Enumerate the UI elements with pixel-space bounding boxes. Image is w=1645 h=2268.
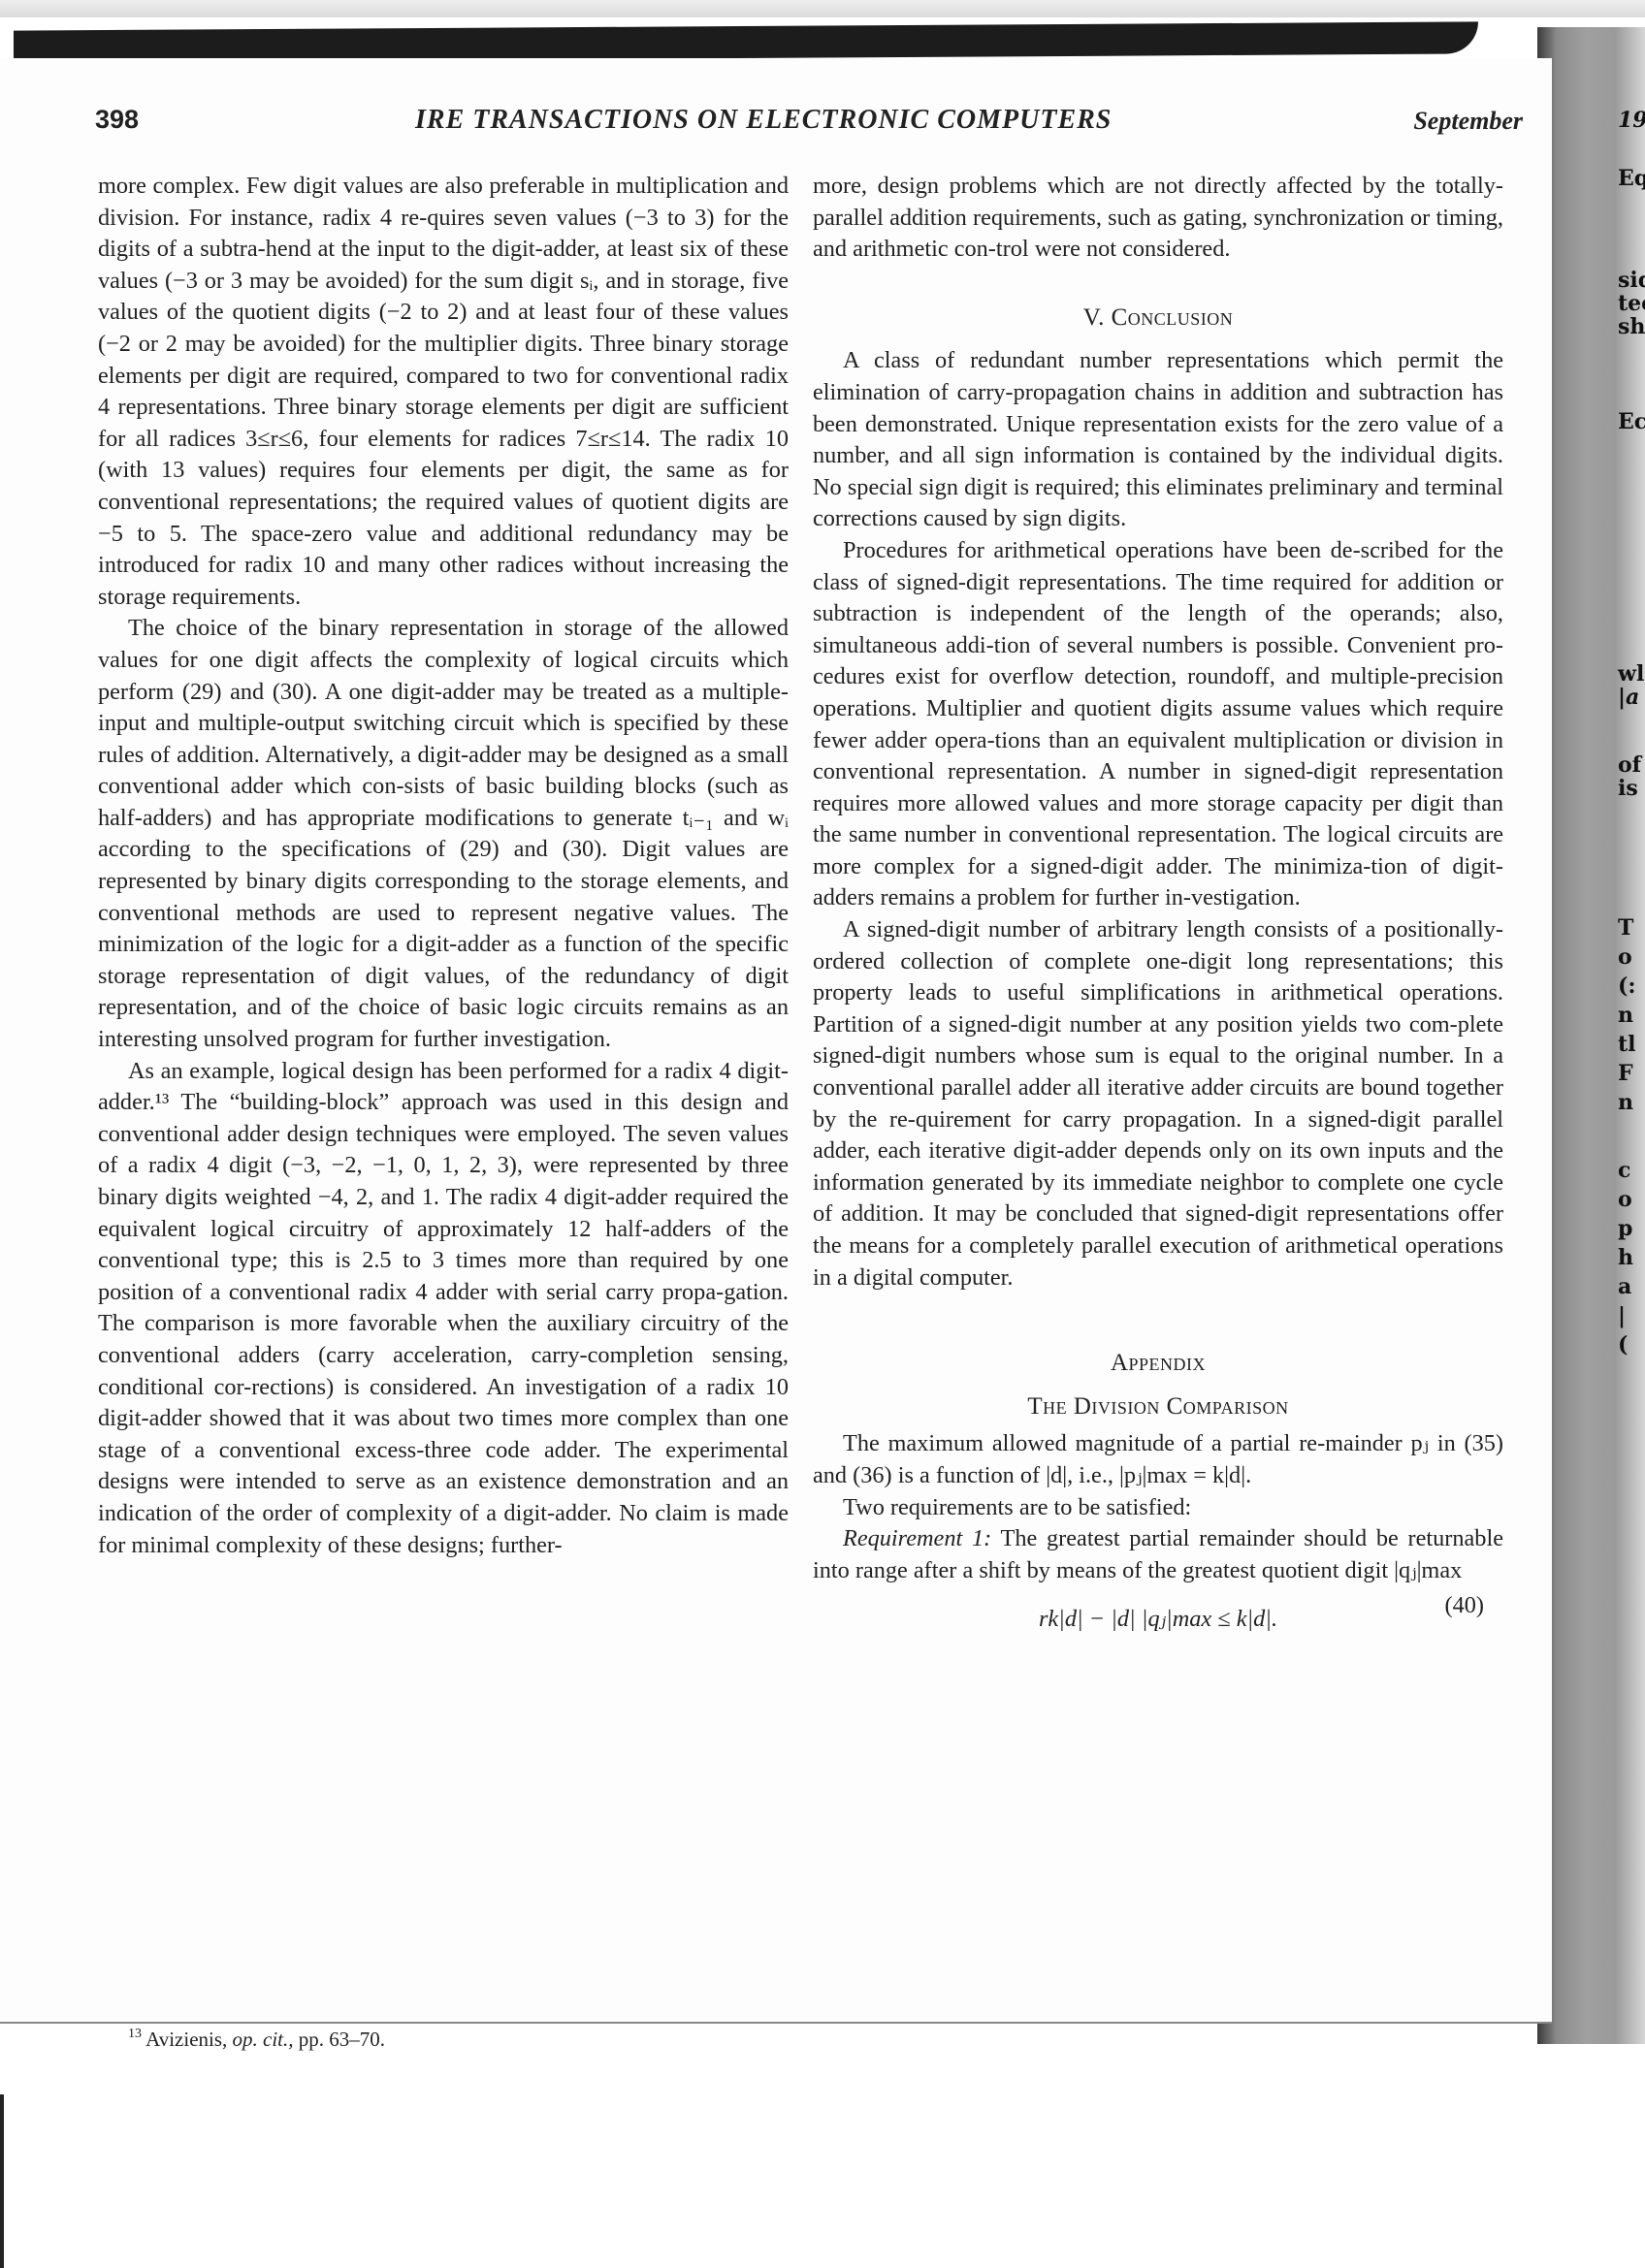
paragraph: The maximum allowed magnitude of a parti…	[813, 1428, 1503, 1491]
edge-fragment: h	[1618, 1246, 1633, 1269]
edge-fragment: tl	[1618, 1033, 1636, 1056]
edge-fragment: Eq	[1618, 167, 1645, 190]
edge-fragment: |	[1618, 1304, 1626, 1327]
equation-body: rk|d| − |d| |qⱼ|max ≤ k|d|.	[1039, 1606, 1277, 1632]
paragraph: Requirement 1: The greatest partial rema…	[813, 1523, 1503, 1586]
footnote: 13 Avizienis, op. cit., pp. 63–70.	[128, 2027, 385, 2052]
edge-fragment: F	[1618, 1062, 1633, 1085]
section-heading-conclusion: V. Conclusion	[813, 303, 1503, 335]
paragraph: The choice of the binary representation …	[98, 613, 789, 1055]
paragraph: As an example, logical design has been p…	[98, 1056, 789, 1562]
edge-fragment: |a	[1618, 686, 1639, 709]
equation-40: rk|d| − |d| |qⱼ|max ≤ k|d|. (40)	[813, 1604, 1503, 1636]
scan-left-rule	[0, 2094, 4, 2268]
edge-fragment: o	[1618, 1188, 1632, 1211]
page-number: 398	[95, 105, 139, 135]
edge-fragment: n	[1618, 1004, 1633, 1027]
footnote-pages: pp. 63–70.	[299, 2028, 385, 2051]
right-column: more, design problems which are not dire…	[813, 171, 1503, 1636]
running-header: 398 IRE TRANSACTIONS ON ELECTRONIC COMPU…	[95, 105, 1523, 144]
section-heading-appendix: Appendix	[813, 1348, 1503, 1380]
edge-fragment: T	[1618, 916, 1633, 940]
edge-fragment: of	[1618, 753, 1641, 777]
scan-binding-shadow	[14, 21, 1478, 62]
equation-number: (40)	[1445, 1590, 1484, 1622]
footnote-ref: op. cit.,	[233, 2028, 294, 2051]
paragraph: Two requirements are to be satisfied:	[813, 1492, 1503, 1524]
journal-title: IRE TRANSACTIONS ON ELECTRONIC COMPUTERS	[415, 105, 1112, 136]
paragraph: more complex. Few digit values are also …	[98, 171, 789, 613]
paragraph: A signed-digit number of arbitrary lengt…	[813, 914, 1503, 1294]
edge-fragment: is	[1618, 777, 1638, 800]
edge-fragment: (:	[1618, 974, 1636, 998]
edge-fragment: o	[1618, 945, 1632, 969]
edge-fragment: wl	[1618, 662, 1644, 686]
edge-fragment: a	[1618, 1275, 1631, 1298]
edge-fragment: n	[1618, 1091, 1633, 1114]
paragraph: A class of redundant number representati…	[813, 345, 1503, 535]
edge-fragment: Ec	[1618, 410, 1645, 433]
edge-fragment: (	[1618, 1333, 1628, 1357]
edge-fragment: 19	[1618, 109, 1645, 132]
issue-month: September	[1413, 107, 1523, 136]
footnote-author: Avizienis,	[145, 2028, 227, 2051]
edge-fragment: sh	[1618, 315, 1645, 338]
paragraph: more, design problems which are not dire…	[813, 171, 1503, 266]
scan-top-strip	[0, 0, 1645, 17]
left-column: more complex. Few digit values are also …	[98, 171, 789, 1561]
edge-fragment: sid	[1618, 269, 1645, 292]
section-subheading-division: The Division Comparison	[813, 1391, 1503, 1423]
edge-fragment: tec	[1618, 292, 1645, 315]
edge-fragment: c	[1618, 1159, 1630, 1182]
paragraph: Procedures for arithmetical operations h…	[813, 535, 1503, 914]
requirement-label: Requirement 1:	[843, 1525, 991, 1551]
footnote-marker: 13	[128, 2027, 142, 2041]
edge-fragment: p	[1618, 1217, 1632, 1240]
